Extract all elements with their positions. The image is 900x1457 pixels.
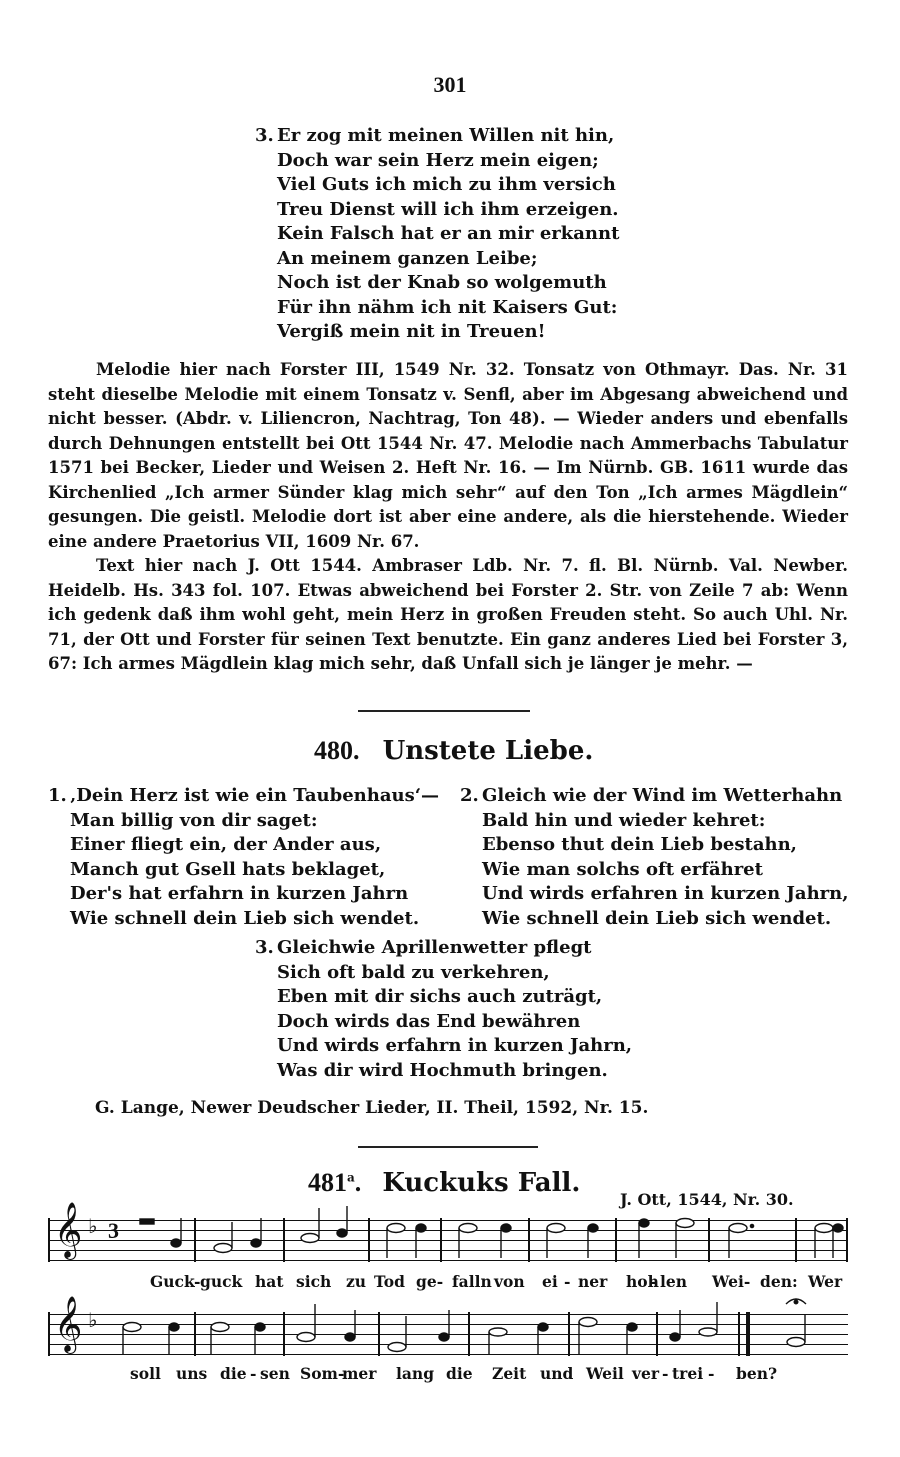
verse-line: Vergiß mein nit in Treuen! — [255, 320, 619, 345]
lyric-syllable: hat — [255, 1272, 283, 1291]
music-notes-icon — [48, 1204, 848, 1274]
lyric-syllable: und — [540, 1364, 573, 1383]
verse-line: Ebenso thut dein Lieb bestahn, — [460, 833, 849, 858]
lyric-syllable: ge- — [416, 1272, 443, 1291]
verse-line: Wie schnell dein Lieb sich wendet. — [460, 907, 849, 932]
lyric-syllable: Zeit — [492, 1364, 526, 1383]
verse-line: Gleichwie Aprillenwetter pflegt — [277, 937, 592, 958]
lyric-syllable: Wei- — [712, 1272, 750, 1291]
lyric-syllable: sen — [260, 1364, 290, 1383]
song-480-stanza-3: 3.Gleichwie Aprillenwetter pflegt Sich o… — [255, 936, 632, 1083]
verse-line: Wie man solchs oft erfähret — [460, 858, 849, 883]
stanza-number: 2. — [460, 784, 482, 809]
song-480-heading: 480. Unstete Liebe. — [314, 736, 593, 766]
lyric-syllable: sich — [296, 1272, 331, 1291]
song-480-stanza-1: 1.‚Dein Herz ist wie ein Taubenhaus‘— Ma… — [48, 784, 439, 931]
verse-line: Für ihn nähm ich nit Kaisers Gut: — [255, 296, 619, 321]
stanza-number: 1. — [48, 784, 70, 809]
lyric-syllable: - — [650, 1272, 656, 1291]
verse-line: Einer fliegt ein, der Ander aus, — [48, 833, 439, 858]
verse-line: Der's hat erfahrn in kurzen Jahrn — [48, 882, 439, 907]
lyric-syllable: Guck- — [150, 1272, 201, 1291]
lyric-syllable: den: — [760, 1272, 798, 1291]
lyric-syllable: lang — [396, 1364, 434, 1383]
lyric-syllable: falln — [452, 1272, 492, 1291]
verse-line: Treu Dienst will ich ihm erzeigen. — [255, 198, 619, 223]
verse-line: Manch gut Gsell hats beklaget, — [48, 858, 439, 883]
verse-line: An meinem ganzen Leibe; — [255, 247, 619, 272]
verse-line: 3.Er zog mit meinen Willen nit hin, — [255, 124, 619, 149]
lyric-syllable: guck — [200, 1272, 242, 1291]
stanza-number: 3. — [255, 936, 277, 961]
commentary-notes: Melodie hier nach Forster III, 1549 Nr. … — [48, 358, 848, 677]
lyric-syllable: Som- — [300, 1364, 344, 1383]
song-number: 481 — [308, 1168, 347, 1197]
lyric-syllable: ben? — [736, 1364, 777, 1383]
song-title: Kuckuks Fall. — [382, 1168, 580, 1198]
lyric-syllable: ver — [632, 1364, 659, 1383]
verse-line: Sich oft bald zu verkehren, — [255, 961, 632, 986]
section-divider — [358, 710, 530, 712]
lyric-syllable: - — [708, 1364, 714, 1383]
music-staff-system-2: 𝄞 ♭ — [48, 1312, 848, 1356]
song-481a-heading: 481a. Kuckuks Fall. — [308, 1168, 580, 1198]
song-480-source: G. Lange, Newer Deudscher Lieder, II. Th… — [95, 1098, 648, 1118]
lyric-syllable: die — [446, 1364, 473, 1383]
top-poem-stanza: 3.Er zog mit meinen Willen nit hin, Doch… — [255, 124, 619, 345]
notes-paragraph-text: Text hier nach J. Ott 1544. Ambraser Ldb… — [48, 554, 848, 677]
lyric-syllable: von — [494, 1272, 525, 1291]
section-divider — [358, 1146, 538, 1148]
lyric-syllable: Tod — [374, 1272, 405, 1291]
verse-line: Gleich wie der Wind im Wetterhahn — [482, 785, 842, 806]
verse-line: Was dir wird Hochmuth bringen. — [255, 1059, 632, 1084]
verse-line: Und wirds erfahrn in kurzen Jahrn, — [255, 1034, 632, 1059]
verse-line: Man billig von dir saget: — [48, 809, 439, 834]
verse-line: ‚Dein Herz ist wie ein Taubenhaus‘— — [70, 785, 439, 806]
lyric-syllable: len — [660, 1272, 687, 1291]
lyric-syllable: - — [250, 1364, 256, 1383]
notes-paragraph-melody: Melodie hier nach Forster III, 1549 Nr. … — [48, 358, 848, 554]
song-480-stanza-2: 2.Gleich wie der Wind im Wetterhahn Bald… — [460, 784, 849, 931]
music-staff-system-1: 𝄞 ♭ 3 — [48, 1218, 848, 1262]
lyric-syllable: soll — [130, 1364, 161, 1383]
verse-line: Eben mit dir sichs auch zuträgt, — [255, 985, 632, 1010]
verse-line: Noch ist der Knab so wolgemuth — [255, 271, 619, 296]
lyric-syllable: trei — [672, 1364, 703, 1383]
page-number: 301 — [0, 72, 900, 98]
lyric-syllable: - — [662, 1364, 668, 1383]
verse-line: Doch wirds das End bewähren — [255, 1010, 632, 1035]
lyric-syllable: ei — [542, 1272, 558, 1291]
verse-line: Bald hin und wieder kehret: — [460, 809, 849, 834]
stanza-number: 3. — [255, 124, 277, 149]
lyric-syllable: uns — [176, 1364, 207, 1383]
verse-line: Wie schnell dein Lieb sich wendet. — [48, 907, 439, 932]
lyric-syllable: - — [564, 1272, 570, 1291]
lyric-syllable: ner — [578, 1272, 607, 1291]
song-title: Unstete Liebe. — [383, 736, 594, 766]
verse-line: Doch war sein Herz mein eigen; — [255, 149, 619, 174]
song-number: 480. — [314, 736, 360, 765]
lyric-syllable: die — [220, 1364, 247, 1383]
verse-line: Kein Falsch hat er an mir erkannt — [255, 222, 619, 247]
lyric-syllable: zu — [346, 1272, 366, 1291]
song-number-suffix: a — [347, 1170, 355, 1184]
verse-line: Und wirds erfahren in kurzen Jahrn, — [460, 882, 849, 907]
lyric-syllable: mer — [342, 1364, 376, 1383]
verse-line: Viel Guts ich mich zu ihm versich — [255, 173, 619, 198]
music-notes-icon — [48, 1298, 848, 1368]
lyric-syllable: Wer — [808, 1272, 842, 1291]
lyric-syllable: Weil — [586, 1364, 624, 1383]
